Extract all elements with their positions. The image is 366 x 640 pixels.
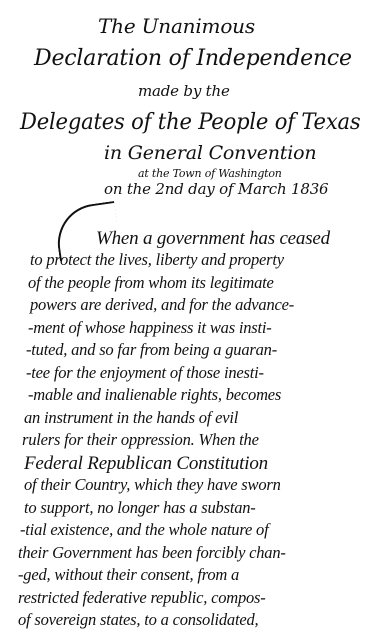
title-line-town: at the Town of Washington (138, 167, 282, 180)
body-line: rulers for their oppression. When the (22, 430, 259, 450)
body-line: of sovereign states, to a consolidated, (18, 610, 258, 630)
body-line: their Government has been forcibly chan- (18, 543, 286, 563)
body-line: of the people from whom its legitimate (28, 273, 274, 293)
manuscript-page: The Unanimous Declaration of Independenc… (0, 0, 366, 640)
body-line: an instrument in the hands of evil (24, 408, 238, 428)
body-line: When a government has ceased (96, 228, 330, 250)
body-line: Federal Republican Constitution (24, 453, 268, 475)
body-line: -tee for the enjoyment of those inesti- (26, 363, 264, 383)
body-line: -mable and inalienable rights, becomes (28, 385, 281, 405)
body-line: of their Country, which they have sworn (24, 475, 281, 495)
title-line-declaration: Declaration of Independence (34, 46, 352, 71)
body-line: to protect the lives, liberty and proper… (30, 250, 284, 270)
title-line-date: on the 2nd day of March 1836 (104, 180, 328, 198)
body-line: -tial existence, and the whole nature of (20, 520, 268, 540)
title-line-unanimous: The Unanimous (98, 14, 255, 38)
title-line-convention: in General Convention (104, 142, 316, 164)
body-line: -tuted, and so far from being a guaran- (26, 340, 277, 360)
body-line: restricted federative republic, compos- (18, 588, 266, 608)
title-line-made-by: made by the (138, 82, 230, 100)
body-line: to support, no longer has a substan- (24, 498, 256, 518)
title-line-delegates: Delegates of the People of Texas (20, 110, 361, 135)
body-line: powers are derived, and for the advance- (30, 295, 294, 315)
body-line: -ment of whose happiness it was insti- (28, 318, 272, 338)
body-line: -ged, without their consent, from a (18, 565, 239, 585)
